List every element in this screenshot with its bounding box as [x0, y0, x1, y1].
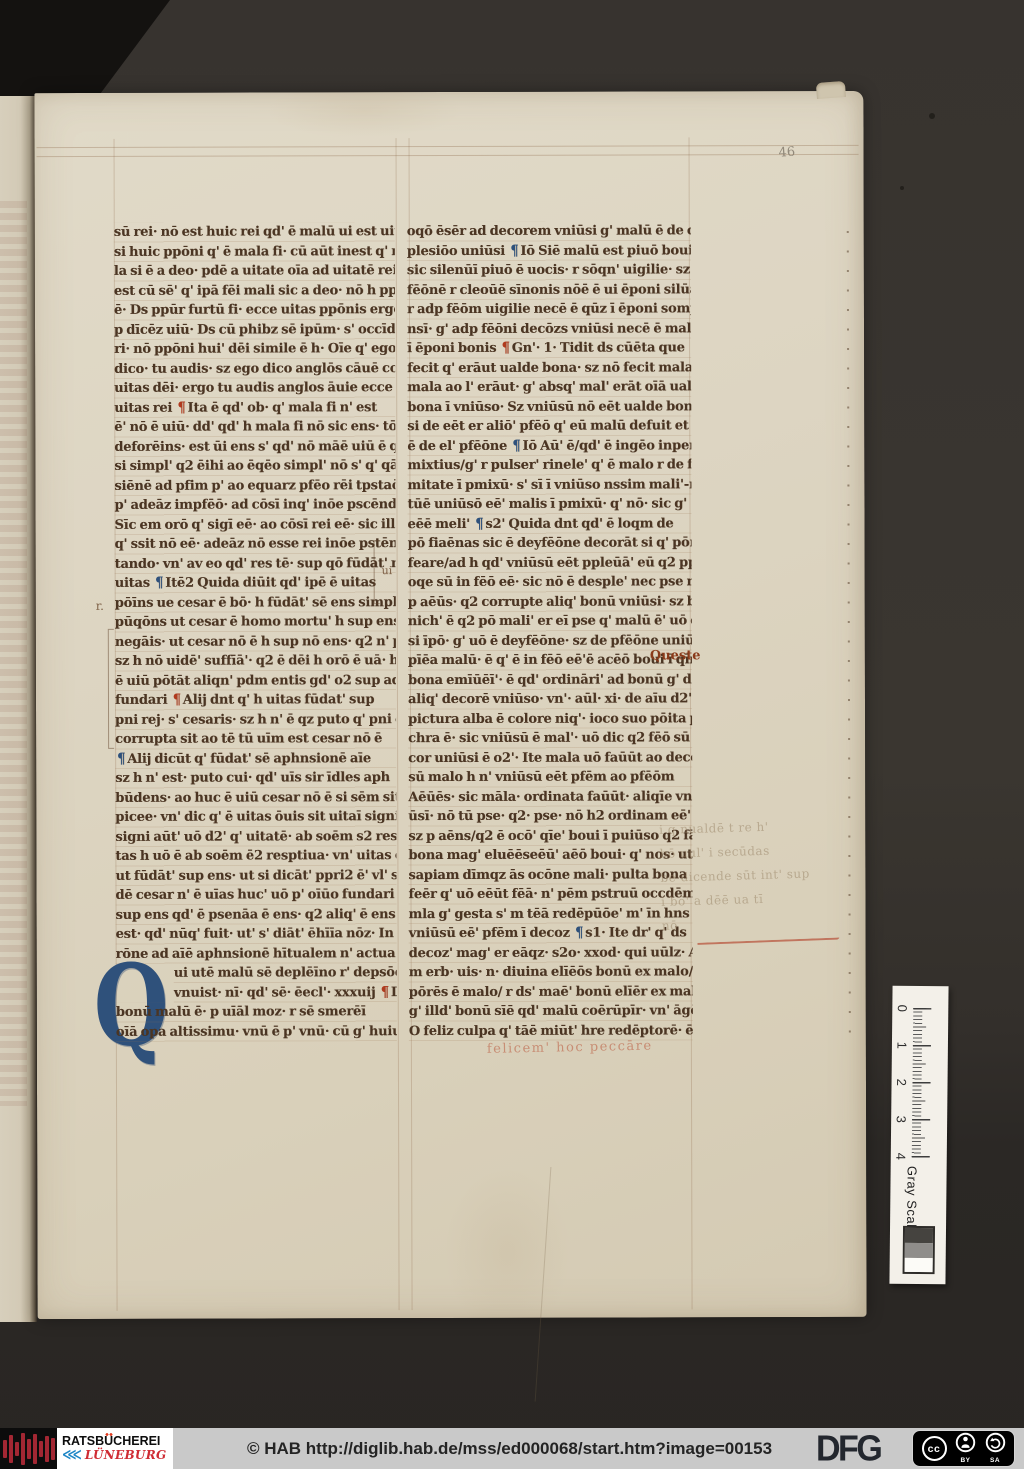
- manuscript-text-line: ui utē malū sē deplēīno r' depsōe: [174, 963, 397, 983]
- barcode-bar: [27, 1439, 31, 1459]
- manuscript-text-line: sic silenūī piuō ē uocis· r sōqn' uigili…: [407, 260, 691, 280]
- cc-sa-label: SA: [990, 1458, 1000, 1465]
- manuscript-text-line: ūsī· nō tū pse· q2· pse· nō h2 ordinam e…: [408, 806, 692, 826]
- dfg-logo: DFG: [816, 1428, 880, 1469]
- manuscript-text-line: pōīns ue cesar ē bō· h fūdāt' sē ens sim…: [115, 593, 396, 613]
- cc-by-label: BY: [960, 1458, 970, 1465]
- manuscript-text-line: pōrēs ē malo/ r ds' maē' bonū elīēr ex m…: [409, 982, 693, 1002]
- ruling-line: [37, 154, 859, 157]
- manuscript-text-line: pūqōns ut cesar ē homo mortu' h sup ens …: [115, 612, 396, 632]
- gray-patch-dark: [905, 1228, 933, 1243]
- manuscript-text-line: fundari ¶Alij dnt q' h uitas fūdat' sup: [115, 690, 396, 710]
- text-column-left: sū rei· nō est huic rei qd' ē malū ui es…: [114, 222, 397, 964]
- manuscript-text-line: ē' nō ē uiū· dd' qd' h mala fi nō sic en…: [114, 417, 395, 437]
- barcode-bar: [45, 1436, 49, 1462]
- ruler-number: 4: [893, 1149, 908, 1163]
- library-logo: RATSBUCHEREI ⋘ LÜNEBURG: [57, 1428, 173, 1469]
- manuscript-text-line: negāis· ut cesar nō ē h sup nō ens· q2 n…: [115, 632, 396, 652]
- grayscale-ruler: 0 1 2 3 4 Gray Scale: [889, 986, 948, 1285]
- marginal-note-questio: Queste: [650, 648, 701, 663]
- manuscript-text-line: tas h uō ē ab soēm ē2 resptiua· vn' uita…: [115, 846, 396, 866]
- background-speck: [900, 186, 904, 190]
- library-name: RATSBUCHEREI: [62, 1434, 173, 1448]
- parchment-fold: [535, 1167, 552, 1402]
- marginal-bracket: [374, 540, 380, 604]
- capitulum-mark-red: ¶: [502, 338, 510, 358]
- capitulum-mark-red: ¶: [381, 983, 389, 1003]
- ruler-ticks-major: [912, 1008, 932, 1158]
- manuscript-text-line: decoz' mag' er eāqz· s2o· xxod· qui uūlz…: [409, 943, 693, 963]
- manuscript-text-line: sup ens qd' ē psenāa ē ens· q2 aliq' ē e…: [116, 905, 397, 925]
- ruler-number: 1: [894, 1038, 909, 1052]
- barcode-bar: [33, 1434, 37, 1464]
- capitulum-mark-blue: ¶: [117, 749, 125, 769]
- manuscript-text-line: mla g' gesta s' m tēā redēpūōe' m' īn hn…: [409, 904, 693, 924]
- cc-sa-icon: [985, 1432, 1006, 1457]
- manuscript-text-line: tūē uniūsō eē' malis ī pmixū· q' nō· sic…: [407, 494, 691, 514]
- footer-bar: RATSBUCHEREI ⋘ LÜNEBURG © HAB http://dig…: [0, 1428, 1024, 1469]
- manuscript-text-line: fēōnē r cleoūē sīnonis nōē ē ui ēponi si…: [407, 280, 691, 300]
- manuscript-text-line: sz h nō uidē' suffīā'· q2 ē dēi h orō ē …: [115, 651, 396, 671]
- manuscript-text-line: oīā opa altissimu· vnū ē p' vnū· cū g' h…: [116, 1022, 397, 1042]
- manuscript-text-line: p dīcēz uiū· Ds cū phibz sē ipūm· s' occ…: [114, 320, 395, 340]
- manuscript-text-line: vnuist· nī· qd' sē· ēecl'· xxxuij ¶Dē: [174, 983, 397, 1003]
- manuscript-text-line: pni rej· s' cesaris· sz h n' ē qz puto q…: [115, 710, 396, 730]
- manuscript-text-line: mitate ī pmixū· s' sī ī vniūso nssim mal…: [407, 475, 691, 495]
- manuscript-text-line: uitas ¶Itē2 Quida diūit qd' ipē ē uitas: [115, 573, 396, 593]
- background-shadow: [0, 0, 170, 96]
- u-umlaut: U: [104, 1434, 113, 1448]
- text-column-left-closing: bonū malū ē· p uīāl moz· r sē smerēīoīā …: [116, 1002, 397, 1042]
- capitulum-mark-blue: ¶: [510, 241, 518, 261]
- manuscript-text-line: g' illd' bonū sīē qd' malū coērūpīr· vn'…: [409, 1001, 693, 1021]
- capitulum-mark-blue: ¶: [512, 436, 520, 456]
- manuscript-text-line: nsī· g' adp fēōni decōzs vniūsi necē ē m…: [407, 319, 691, 339]
- barcode-bar: [21, 1433, 25, 1465]
- parchment-tab: [816, 81, 846, 99]
- manuscript-text-line: nich' ē q2 pō mali' er eī pse q' malū ē'…: [408, 611, 692, 631]
- barcode-bar: [51, 1438, 55, 1460]
- manuscript-text-line: cor uniūsi ē o2'· Ite mala uō faūūt ao d…: [408, 748, 692, 768]
- ruler-number: 3: [894, 1112, 909, 1126]
- manuscript-text-line: q' ssit nō eē· adeāz nō esse rei inōe ps…: [115, 534, 396, 554]
- manuscript-text-line: fecit q' erāut ualde bona· sz nō fecit m…: [407, 358, 691, 378]
- barcode-logo: [0, 1428, 57, 1469]
- manuscript-text-line: sapiam dīmqz ās ocōne mali· pulta bona: [408, 865, 692, 885]
- grayscale-patches: [903, 1226, 936, 1274]
- manuscript-text-line: si simpl' q2 ēihi ao ēqēo simpl' nō s' q…: [114, 456, 395, 476]
- manuscript-text-line: tando· vn' av eo qd' res tē· sup qō fūdā…: [115, 554, 396, 574]
- cc-icon: cc: [922, 1436, 947, 1461]
- facing-page-text-showthrough: [0, 201, 27, 1106]
- manuscript-text-line: uitas rei ¶Ita ē qd' ob· q' mala fi n' e…: [114, 398, 395, 418]
- book-icon: ⋘: [62, 1448, 82, 1463]
- capitulum-mark-red: ¶: [177, 398, 185, 418]
- manuscript-text-line: si de eēt er aliō' pfēō q' eū malū defui…: [407, 416, 691, 436]
- capitulum-mark-blue: ¶: [575, 923, 583, 943]
- capitulum-mark-blue: ¶: [475, 514, 483, 534]
- barcode-bar: [39, 1441, 43, 1457]
- manuscript-text-line: feare/ad h qd' vniūsū eēt ppleūā' eū q2 …: [408, 553, 692, 573]
- manuscript-text-line: mixtius/g' r pulser' rinele' q' ē malo r…: [407, 455, 691, 475]
- manuscript-text-line: siēnē ad pfim p' ao equarz pfēo rēi tpst…: [114, 476, 395, 496]
- marginal-letter: r.: [96, 599, 104, 613]
- manuscript-text-line: feēr q' uō eēūt fēā· n' pēm pstruū occdē…: [408, 884, 692, 904]
- manuscript-text-line: vniūsū eē' pfēm ī decoz ¶s1· Ite dr' q' …: [409, 923, 693, 943]
- cc-by-icon: [955, 1432, 976, 1457]
- facing-page-edge: [0, 96, 37, 1322]
- manuscript-text-line: Aēūēs· sic māla· ordinata faūūt· aliqīe …: [408, 787, 692, 807]
- ruler-number: 2: [894, 1075, 909, 1089]
- manuscript-text-line: sū malo h n' vniūsū eēt pfēm ao pfēōm: [408, 767, 692, 787]
- barcode-bar: [9, 1435, 13, 1463]
- capitulum-mark-red: ¶: [173, 690, 181, 710]
- manuscript-text-line: pō fiaēnas sic ē deyfēōne decorāt si q' …: [408, 533, 692, 553]
- manuscript-text-line: chra ē· sic vniūsū ē mal'· uō dic q2 fēō…: [408, 728, 692, 748]
- manuscript-text-line: ī ēponi bonis ¶Gn'· 1· Tidit ds cūēta qu…: [407, 338, 691, 358]
- manuscript-text-line: ē de el' pfēōne ¶Iō Aū' ē/qd' ē ingēo in…: [407, 436, 691, 456]
- manuscript-text-line: oqe sū in fēō eē· sic nō ē desple' nec p…: [408, 572, 692, 592]
- manuscript-text-line: est cū sē' q' ipā fēi mali sic a deo· nō…: [114, 281, 395, 301]
- manuscript-text-line: deforēins· est ūi ens s' qd' nō māē uiū …: [114, 437, 395, 457]
- manuscript-text-line: ē uiū pōtāt aliqn' pdm entis gd' o2 sup …: [115, 671, 396, 691]
- barcode-bar: [15, 1442, 19, 1456]
- manuscript-text-line: dē cesar n' ē uīas huc' uō p' oīūo funda…: [115, 885, 396, 905]
- folio-number: 46: [778, 145, 796, 161]
- manuscript-text-line: la si ē a deo· pdē a uitate oīa ad uitat…: [114, 261, 395, 281]
- manuscript-text-line: pictura alba ē colore niq'· ioco suo pōi…: [408, 709, 692, 729]
- marginal-bracket: [108, 629, 114, 749]
- manuscript-text-line: corrupta sit ao tē tū uīm est cesar nō ē: [115, 729, 396, 749]
- manuscript-text-line: būdens· ao huc ē uiū cesar nō ē si sēm s…: [115, 788, 396, 808]
- manuscript-text-line: dico· tu audis· sz ego dico anglōs cāuē …: [114, 359, 395, 379]
- ruling-line: [37, 145, 859, 148]
- manuscript-text-line: sū rei· nō est huic rei qd' ē malū ui es…: [114, 222, 395, 242]
- background-speck: [929, 113, 935, 119]
- manuscript-text-line: m erb· uis· n· diuina elīēōs bonū ex mal…: [409, 962, 693, 982]
- manuscript-text-line: uitas dēi· ergo tu audis anglos āuie ecc…: [114, 378, 395, 398]
- manuscript-text-line: signi aūt' uō d2' q' uitatē· ab soēm s2 …: [115, 827, 396, 847]
- manuscript-text-line: ē· Ds ppūr furtū fi· ecce uitas ppōnis e…: [114, 300, 395, 320]
- marginal-letter: ui: [382, 564, 393, 577]
- pricking-holes: [847, 231, 851, 1043]
- scan-viewport: 46 sū rei· nō est huic rei qd' ē malū ui…: [0, 0, 1024, 1469]
- manuscript-text-line: sz p aēns/q2 ē ocō' qīe' boui ī puiūso q…: [408, 826, 692, 846]
- red-flourish: [697, 938, 839, 955]
- manuscript-text-line: p aēūs· q2 corrupte aliq' bonū vniūsi· s…: [408, 592, 692, 612]
- ruling-line: [396, 138, 400, 1310]
- gray-patch-mid: [905, 1243, 933, 1258]
- manuscript-text-line: oqō ēsēr ad decorem vniūsi g' malū ē de …: [407, 221, 691, 241]
- manuscript-text-line: mala ao l' erāut· g' absq' mal' erāt oīā…: [407, 377, 691, 397]
- manuscript-text-line: bona ī vniūso· Sz vniūsū nō eēt ualde bo…: [407, 397, 691, 417]
- manuscript-text-line: ri· nō ppōni hui' dēi simile ē h· Oīe q'…: [114, 339, 395, 359]
- manuscript-text-line: r adp fēōm uigilie necē ē qūz ī ēponi so…: [407, 299, 691, 319]
- library-city: LÜNEBURG: [85, 1448, 167, 1463]
- manuscript-text-line: ut fūdāt' sup ens· ut si dicāt' ppri2 ē'…: [115, 866, 396, 886]
- manuscript-text-line: bona mag' eluēēseēū' aēō boui· q' nos· u…: [408, 845, 692, 865]
- manuscript-text-line: sz h n' est· puto cui· qd' uīs sir īdles…: [115, 768, 396, 788]
- cc-license-badge: cc BY: [912, 1430, 1015, 1467]
- barcode-bar: [3, 1440, 7, 1458]
- text-column-left-beside-initial: ui utē malū sē deplēīno r' depsōevnuist·…: [174, 963, 397, 1003]
- manuscript-text-line: si huic ppōni q' ē mala fi· cū aūt inest…: [114, 242, 395, 262]
- erased-marginal-note: i q nualdē t re h'bō uul' i secūdasbe di…: [659, 813, 847, 938]
- gray-patch-light: [905, 1258, 933, 1272]
- manuscript-page: 46 sū rei· nō est huic rei qd' ē malū ui…: [34, 91, 866, 1319]
- manuscript-text-line: bonū malū ē· p uīāl moz· r sē smerēī: [116, 1002, 397, 1022]
- manuscript-text-line: eēē meli' ¶s2' Quida dnt qd' ē loqm de: [408, 514, 692, 534]
- manuscript-text-line: Sīc em orō q' sigī eē· ao cōsī rei eē· s…: [115, 515, 396, 535]
- text-column-right: oqō ēsēr ad decorem vniūsi g' malū ē de …: [407, 221, 693, 1041]
- manuscript-text-line: picee· vn' dic q' ē uitas ōuis sit uitaī…: [115, 807, 396, 827]
- manuscript-text-line: ¶Alij dicūt q' fūdat' sē aphnsionē aīe: [115, 749, 396, 769]
- manuscript-text-line: p' adeāz impfēō· ad cōsī inq' inōe pscēn…: [114, 495, 395, 515]
- manuscript-text-line: aliq' decorē vniūso· vn'· aūl· xi· de aī…: [408, 689, 692, 709]
- manuscript-text-line: plesiōo uniūsi ¶Iō Siē malū est piuō bou…: [407, 241, 691, 261]
- copyright-text: © HAB http://diglib.hab.de/mss/ed000068/…: [247, 1428, 772, 1469]
- red-marginal-note: felicem' hoc peccāre: [487, 1037, 717, 1057]
- ruler-number: 0: [895, 1001, 910, 1015]
- capitulum-mark-blue: ¶: [155, 573, 163, 593]
- manuscript-text-line: bona emīūēī'· ē qd' ordināri' ad bonū g'…: [408, 670, 692, 690]
